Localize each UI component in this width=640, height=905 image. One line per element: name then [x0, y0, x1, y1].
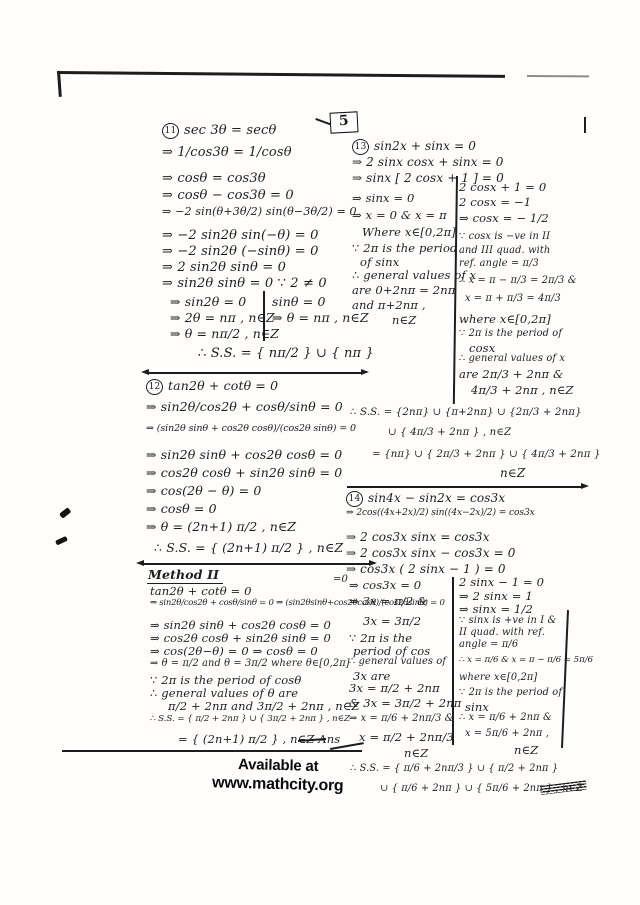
math-line: n∈Z	[352, 314, 476, 328]
math-line: 2 cosx = −1	[459, 196, 577, 212]
math-line: =0	[333, 574, 348, 585]
math-line: ⇒ x = 0 & x = π	[352, 209, 476, 226]
math-text: sin2x + sinx = 0	[374, 139, 476, 153]
math-text: sin4x − sin2x = cos3x	[368, 491, 505, 505]
divider-above-method2	[143, 563, 371, 565]
math-line: are 0+2nπ = 2nπ	[352, 284, 476, 299]
q11-case-divider	[263, 291, 265, 341]
math-line: Where x∈[0,2π]	[352, 226, 476, 242]
arrowhead-right-icon	[369, 560, 377, 566]
math-line: n∈Z	[459, 744, 593, 758]
math-line: ⇒ cos2θ cosθ + sin2θ sinθ = 0	[146, 466, 356, 484]
math-line: 2 sinx − 1 = 0	[459, 576, 593, 590]
q14-case-sinx: 2 sinx − 1 = 0⇒ 2 sinx = 1⇒ sinx = 1/2∵ …	[459, 576, 593, 758]
math-line: where x∈[0,2π]	[459, 313, 577, 329]
stray-eq-zero: =0	[333, 574, 348, 585]
math-line: x = 5π/6 + 2nπ ,	[459, 729, 593, 744]
math-line: x = π/2 + 2nπ/3	[349, 731, 462, 747]
math-line: & 3x = 3π/2 + 2nπ	[349, 697, 462, 714]
math-line: ⇒ cosθ − cos3θ = 0	[162, 189, 357, 206]
math-line: ⇒ sin2θ sinθ = 0 ∵ 2 ≠ 0	[162, 277, 357, 293]
math-line: ⇒ (sin2θ sinθ + cos2θ cosθ)/(cos2θ sinθ)…	[146, 424, 356, 448]
q13-case-cosx: 2 cosx + 1 = 02 cosx = −1⇒ cosx = − 1/2∵…	[459, 181, 577, 400]
q14-solution: 14sin4x − sin2x = cos3x⇒ 2cos((4x+2x)/2)…	[346, 491, 535, 580]
math-line: where x∈[0,2π]	[459, 673, 593, 688]
math-line: ⇒ cos(2θ − θ) = 0	[146, 484, 356, 502]
mathcity-watermark: Available at www.mathcity.org	[178, 753, 379, 797]
math-line: 14sin4x − sin2x = cos3x	[346, 491, 535, 508]
math-line: ∵ 2π is the period	[352, 242, 476, 256]
margin-ink-mark-1	[59, 507, 71, 519]
math-line: n∈Z	[350, 467, 601, 483]
math-line: ⇒ cosx = − 1/2	[459, 212, 577, 232]
math-line: = {nπ} ∪ { 2π/3 + 2nπ } ∪ { 4π/3 + 2nπ }	[350, 449, 601, 467]
math-line: ⇒ cosθ = cos3θ	[162, 172, 357, 189]
q11-solution-set: ∴ S.S. = { nπ/2 } ∪ { nπ }	[198, 347, 374, 362]
math-line: 11sec 3θ = secθ	[162, 123, 357, 146]
math-line: ∴ S.S. = { (2n+1) π/2 } , n∈Z	[146, 541, 356, 562]
question-number-badge: 13	[352, 139, 369, 155]
math-line: ⇒ 3x = π/2 &	[349, 595, 462, 615]
arrowhead-right-icon	[581, 483, 589, 489]
math-line: angle = π/6	[459, 640, 593, 656]
math-line: ⇒ sin2θ sinθ + cos2θ cosθ = 0	[146, 448, 356, 466]
divider-above-q14	[347, 486, 583, 488]
math-line: x = π + π/3 = 4π/3	[459, 294, 577, 313]
question-number-badge: 14	[346, 491, 363, 507]
math-line: ⇒ θ = (2n+1) π/2 , n∈Z	[146, 520, 356, 541]
page-top-edge-line	[57, 71, 505, 78]
math-line: ∴ x = π/6 & x = π − π/6 = 5π/6	[459, 656, 593, 673]
math-line: ∴ general values of x	[352, 269, 476, 284]
margin-ink-mark-2	[55, 536, 68, 546]
math-line: ⇒ 2 sin2θ sinθ = 0	[162, 261, 357, 277]
math-line: ∪ { 4π/3 + 2nπ } , n∈Z	[350, 427, 601, 449]
page-top-edge-faint-line	[527, 75, 589, 77]
math-line: ∴ S.S. = { nπ/2 } ∪ { nπ }	[198, 347, 374, 362]
page-corner-tick	[57, 71, 61, 97]
q14-case-cos3x: ⇒ cos3x = 0⇒ 3x = π/2 &3x = 3π/2∵ 2π is …	[349, 579, 462, 759]
math-line: are 2π/3 + 2nπ &	[459, 368, 577, 384]
page-right-edge-mark	[584, 117, 586, 133]
arrowhead-left-icon	[136, 560, 144, 566]
math-line: and π+2nπ ,	[352, 299, 476, 314]
math-line: ⇒ cosθ = 0	[146, 502, 356, 520]
method2-label: Method II	[147, 568, 223, 584]
math-line: ∴ S.S. = { π/6 + 2nπ/3 } ∪ { π/2 + 2nπ }	[350, 764, 583, 784]
math-line: 12tan2θ + cotθ = 0	[146, 379, 356, 400]
math-line: ∴ general values of x	[459, 354, 577, 368]
math-line: 3x = π/2 + 2nπ	[349, 682, 462, 697]
math-line: 4π/3 + 2nπ , n∈Z	[459, 384, 577, 400]
watermark-url: www.mathcity.org	[178, 772, 378, 797]
math-line: ⇒ 1/cos3θ = 1/cosθ	[162, 146, 357, 172]
math-line: ∴ S.S. = {2nπ} ∪ {π+2nπ} ∪ {2π/3 + 2nπ}	[350, 407, 601, 427]
math-line: Method II	[148, 568, 219, 582]
q11-solution: 11sec 3θ = secθ⇒ 1/cos3θ = 1/cosθ⇒ cosθ …	[162, 123, 357, 293]
math-line: ⇒ 2cos((4x+2x)/2) sin((4x−2x)/2) = cos3x	[346, 508, 535, 531]
arrowhead-right-icon	[361, 369, 369, 375]
math-line: ⇒ −2 sin(θ+3θ/2) sin(θ−3θ/2) = 0	[162, 206, 357, 229]
math-line: ⇒ cos3x = 0	[349, 579, 462, 595]
math-line: ⇒ −2 sin2θ (−sinθ) = 0	[162, 245, 357, 261]
scanned-notebook-page: Available at www.mathcity.org 511sec 3θ …	[0, 0, 640, 905]
question-number-badge: 11	[162, 123, 179, 139]
math-line: ⇒ 2 sinx cosx + sinx = 0	[352, 156, 504, 172]
math-line: ⇒ 2 cos3x sinx = cos3x	[346, 531, 535, 547]
math-line: n∈Z	[349, 747, 462, 759]
math-line: ∴ x = π − π/3 = 2π/3 &	[459, 276, 577, 294]
math-line: ref. angle = π/3	[459, 259, 577, 276]
math-line: ⇒ x = π/6 + 2nπ/3 &	[349, 714, 462, 731]
divider-above-q12	[148, 372, 363, 374]
q13-case-sinx: ⇒ sinx = 0⇒ x = 0 & x = πWhere x∈[0,2π]∵…	[352, 192, 476, 328]
math-line: ⇒ sinx = 0	[352, 192, 476, 209]
math-line: 13sin2x + sinx = 0	[352, 139, 504, 156]
math-line: ⇒ sin2θ/cos2θ + cosθ/sinθ = 0	[146, 400, 356, 424]
arrowhead-left-icon	[141, 369, 149, 375]
math-text: sec 3θ = secθ	[184, 123, 276, 138]
math-line: ∴ x = π/6 + 2nπ &	[459, 713, 593, 729]
math-line: 2 cosx + 1 = 0	[459, 181, 577, 196]
q14-case-divider	[452, 577, 454, 745]
q12-solution: 12tan2θ + cotθ = 0⇒ sin2θ/cos2θ + cosθ/s…	[146, 379, 356, 562]
q13-solution-set: ∴ S.S. = {2nπ} ∪ {π+2nπ} ∪ {2π/3 + 2nπ}∪…	[350, 407, 601, 483]
math-line: ⇒ −2 sin2θ sin(−θ) = 0	[162, 229, 357, 245]
question-number-badge: 12	[146, 379, 163, 395]
math-line: 3x = 3π/2	[349, 615, 462, 632]
math-text: tan2θ + cotθ = 0	[168, 378, 278, 393]
divider-above-watermark	[62, 750, 362, 752]
math-line: ∵ cosx is −ve in II	[459, 232, 577, 246]
